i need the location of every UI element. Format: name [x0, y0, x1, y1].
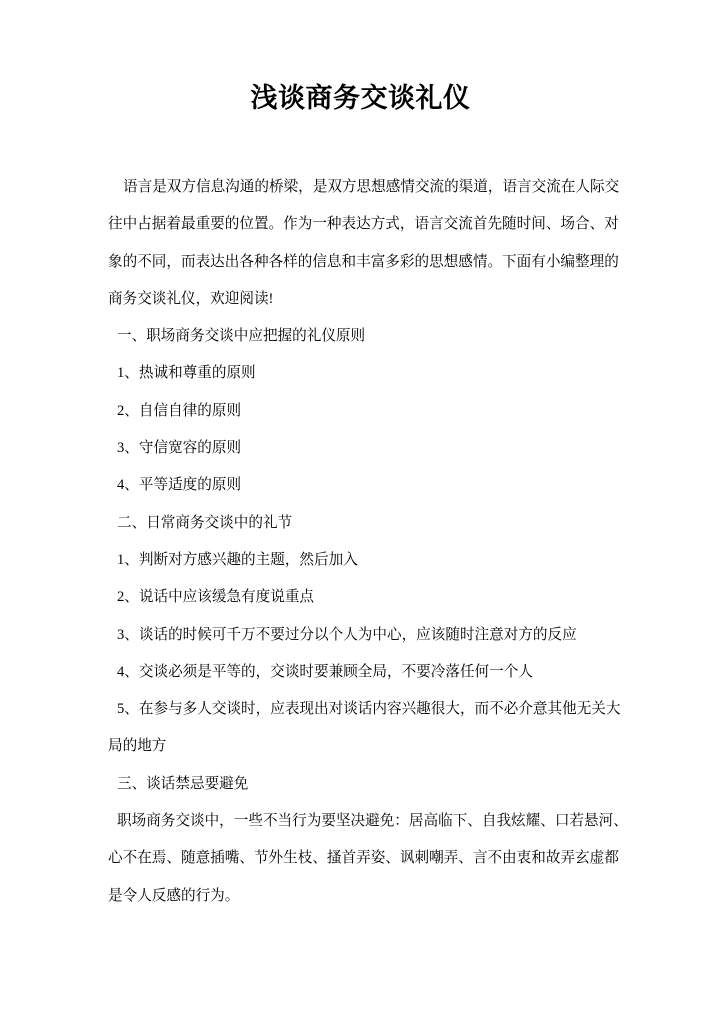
text-line: 心不在焉、随意插嘴、节外生枝、搔首弄姿、讽刺嘲弄、言不由衷和故弄玄虚都 [108, 840, 631, 877]
text-line: 局的地方 [108, 728, 631, 765]
document-page: 浅谈商务交谈礼仪 语言是双方信息沟通的桥梁，是双方思想感情交流的渠道，语言交流在… [0, 0, 721, 1020]
text-line: 2、说话中应该缓急有度说重点 [108, 579, 631, 616]
text-line: 职场商务交谈中，一些不当行为要坚决避免：居高临下、自我炫耀、口若悬河、 [108, 803, 631, 840]
text-line: 3、谈话的时候可千万不要过分以个人为中心，应该随时注意对方的反应 [108, 617, 631, 654]
text-line: 二、日常商务交谈中的礼节 [108, 505, 631, 542]
text-line: 1、热诚和尊重的原则 [108, 355, 631, 392]
text-line: 商务交谈礼仪，欢迎阅读! [108, 281, 631, 318]
text-line: 3、守信宽容的原则 [108, 430, 631, 467]
text-line: 往中占据着最重要的位置。作为一种表达方式，语言交流首先随时间、场合、对 [108, 206, 631, 243]
document-body: 语言是双方信息沟通的桥梁，是双方思想感情交流的渠道，语言交流在人际交往中占据着最… [0, 169, 721, 915]
text-line: 1、判断对方感兴趣的主题，然后加入 [108, 542, 631, 579]
text-line: 4、平等适度的原则 [108, 467, 631, 504]
text-line: 一、职场商务交谈中应把握的礼仪原则 [108, 318, 631, 355]
text-line: 象的不同，而表达出各种各样的信息和丰富多彩的思想感情。下面有小编整理的 [108, 244, 631, 281]
text-line: 是令人反感的行为。 [108, 878, 631, 915]
text-line: 5、在参与多人交谈时，应表现出对谈话内容兴趣很大，而不必介意其他无关大 [108, 691, 631, 728]
text-line: 2、自信自律的原则 [108, 393, 631, 430]
text-line: 4、交谈必须是平等的，交谈时要兼顾全局，不要冷落任何一个人 [108, 654, 631, 691]
document-title: 浅谈商务交谈礼仪 [0, 0, 721, 118]
text-line: 三、谈话禁忌要避免 [108, 766, 631, 803]
text-line: 语言是双方信息沟通的桥梁，是双方思想感情交流的渠道，语言交流在人际交 [108, 169, 631, 206]
